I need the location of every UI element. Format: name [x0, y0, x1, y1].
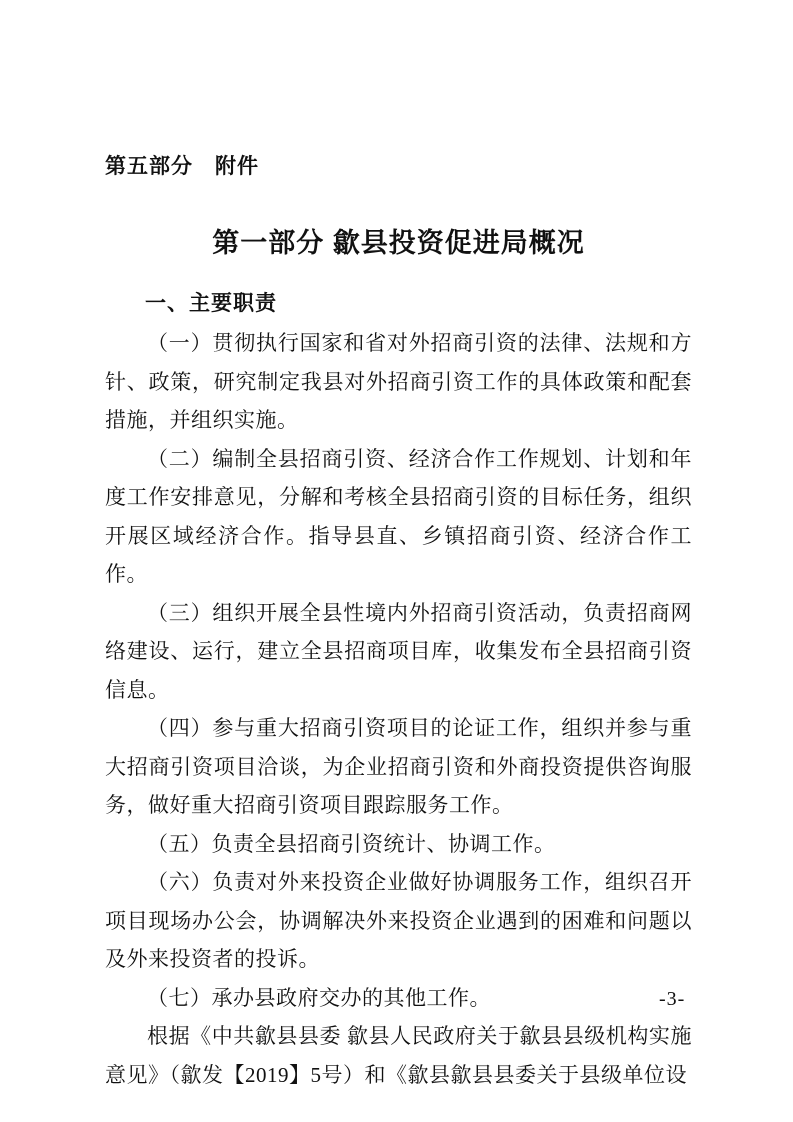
paragraph-duty-4: （四）参与重大招商引资项目的论证工作，组织并参与重大招商引资项目洽谈，为企业招商…	[105, 709, 692, 825]
paragraph-duty-5: （五）负责全县招商引资统计、协调工作。	[105, 825, 692, 864]
paragraph-duty-6: （六）负责对外来投资企业做好协调服务工作，组织召开项目现场办公会，协调解决外来投…	[105, 863, 692, 979]
paragraph-duty-3: （三）组织开展全县性境内外招商引资活动，负责招商网络建设、运行，建立全县招商项目…	[105, 594, 692, 710]
document-content: 第五部分 附件 第一部分 歙县投资促进局概况 一、主要职责 （一）贯彻执行国家和…	[105, 150, 692, 1094]
paragraph-duty-2: （二）编制全县招商引资、经济合作工作规划、计划和年度工作安排意见，分解和考核全县…	[105, 440, 692, 594]
page-number: -3-	[659, 988, 685, 1011]
document-part-header: 第五部分 附件	[105, 150, 692, 180]
paragraph-duty-1: （一）贯彻执行国家和省对外招商引资的法律、法规和方针、政策，研究制定我县对外招商…	[105, 324, 692, 440]
section-heading-main-duties: 一、主要职责	[105, 287, 692, 317]
document-page: 第五部分 附件 第一部分 歙县投资促进局概况 一、主要职责 （一）贯彻执行国家和…	[0, 0, 793, 1122]
page-title: 第一部分 歙县投资促进局概况	[105, 221, 692, 260]
paragraph-basis: 根据《中共歙县县委 歙县人民政府关于歙县县级机构实施意见》（歙发【2019】5号…	[105, 1017, 692, 1094]
paragraph-duty-7: （七）承办县政府交办的其他工作。	[105, 979, 692, 1018]
body-text: （一）贯彻执行国家和省对外招商引资的法律、法规和方针、政策，研究制定我县对外招商…	[105, 324, 692, 1094]
